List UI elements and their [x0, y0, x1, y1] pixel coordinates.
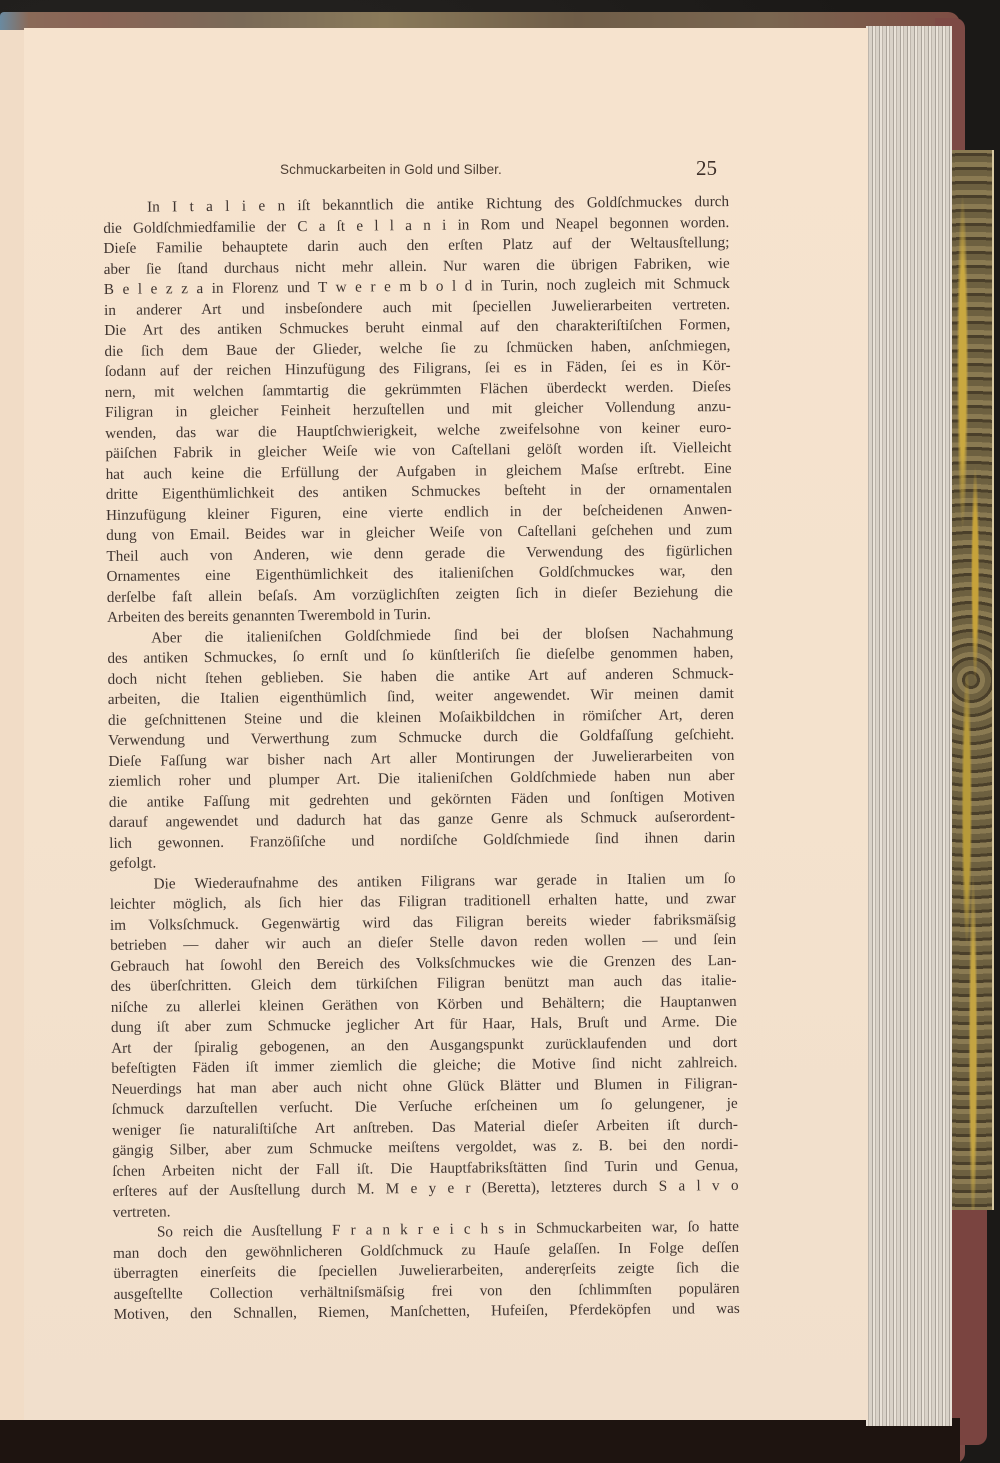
body-text: In I t a l i e n iſt bekanntlich die ant…	[103, 192, 740, 1325]
facing-page-edge	[0, 30, 26, 1420]
book-scan: Schmuckarbeiten in Gold und Silber. 25 I…	[0, 0, 1000, 1463]
page-block-edges	[866, 26, 952, 1426]
book-binding-marbled-board	[950, 150, 994, 1210]
book-bottom-shadow	[0, 1418, 960, 1463]
page-number: 25	[696, 156, 717, 181]
running-head-title: Schmuckarbeiten in Gold und Silber.	[280, 162, 502, 177]
ink-speck	[563, 1272, 565, 1276]
